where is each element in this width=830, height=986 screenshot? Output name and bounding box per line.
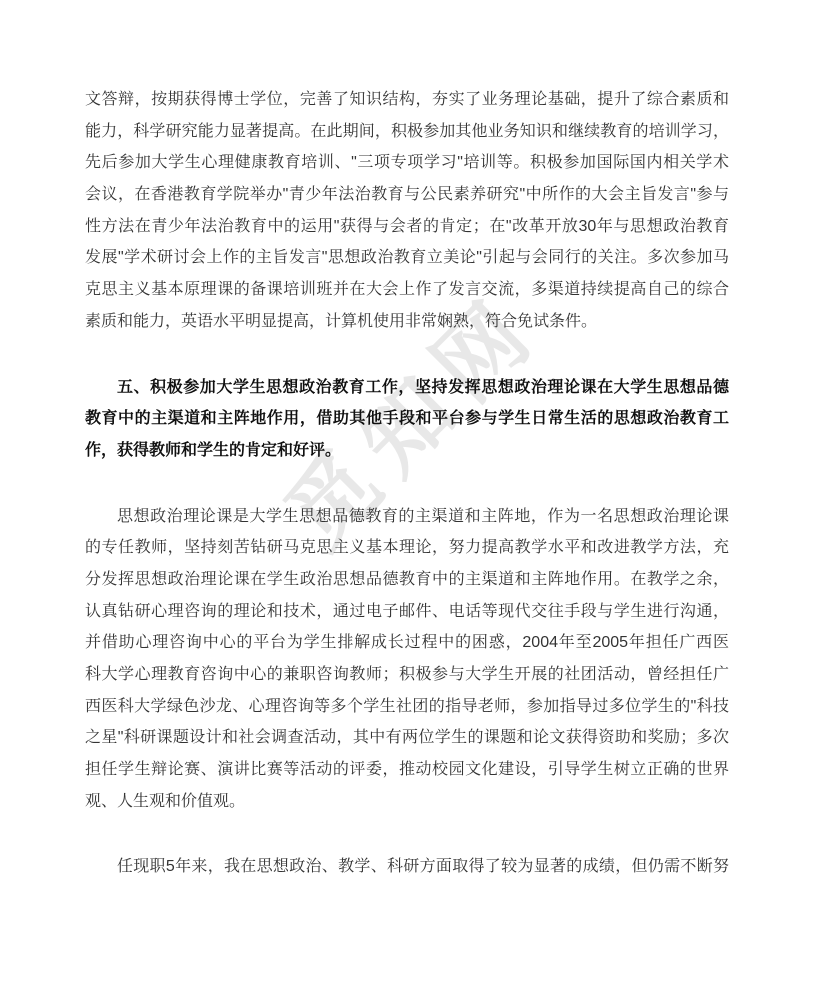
text-line: 的专任教师，坚持刻苦钻研马克思主义基本理论，努力提高教学水平和改进教学方法，充: [85, 532, 729, 564]
text-line: 克思主义基本原理课的备课培训班并在大会上作了发言交流，多渠道持续提高自己的综合: [85, 274, 729, 306]
text-line: 分发挥思想政治理论课在学生政治思想品德教育中的主渠道和主阵地作用。在教学之余，: [85, 564, 729, 596]
text-line: 任现职5年来，我在思想政治、教学、科研方面取得了较为显著的成绩，但仍需不断努: [85, 851, 729, 883]
text-line: 西医科大学绿色沙龙、心理咨询等多个学生社团的指导老师，参加指导过多位学生的"科技: [85, 691, 729, 723]
paragraph-continuation: 文答辩，按期获得博士学位，完善了知识结构，夯实了业务理论基础，提升了综合素质和能…: [85, 84, 729, 338]
text-line: 发展"学术研讨会上作的主旨发言"思想政治教育立美论"引起与会同行的关注。多次参加…: [85, 242, 729, 274]
text-line: 文答辩，按期获得博士学位，完善了知识结构，夯实了业务理论基础，提升了综合素质和: [85, 84, 729, 116]
text-line: 素质和能力，英语水平明显提高，计算机使用非常娴熟，符合免试条件。: [85, 306, 729, 338]
text-line: 五、积极参加大学生思想政治教育工作，坚持发挥思想政治理论课在大学生思想品德: [85, 372, 729, 404]
text-line: 能力，科学研究能力显著提高。在此期间，积极参加其他业务知识和继续教育的培训学习，: [85, 116, 729, 148]
text-line: 教育中的主渠道和主阵地作用，借助其他手段和平台参与学生日常生活的思想政治教育工: [85, 403, 729, 435]
text-line: 并借助心理咨询中心的平台为学生排解成长过程中的困惑，2004年至2005年担任广…: [85, 627, 729, 659]
text-line: 会议，在香港教育学院举办"青少年法治教育与公民素养研究"中所作的大会主旨发言"参…: [85, 179, 729, 211]
text-line: 性方法在青少年法治教育中的运用"获得与会者的肯定；在"改革开放30年与思想政治教…: [85, 211, 729, 243]
text-line: 认真钻研心理咨询的理论和技术，通过电子邮件、电话等现代交往手段与学生进行沟通，: [85, 596, 729, 628]
text-line: 先后参加大学生心理健康教育培训、"三项专项学习"培训等。积极参加国际国内相关学术: [85, 147, 729, 179]
text-line: 观、人生观和价值观。: [85, 786, 729, 818]
paragraph-closing: 任现职5年来，我在思想政治、教学、科研方面取得了较为显著的成绩，但仍需不断努: [85, 851, 729, 883]
text-line: 担任学生辩论赛、演讲比赛等活动的评委，推动校园文化建设，引导学生树立正确的世界: [85, 754, 729, 786]
section-heading-five: 五、积极参加大学生思想政治教育工作，坚持发挥思想政治理论课在大学生思想品德教育中…: [85, 372, 729, 467]
paragraph-ideological-education: 思想政治理论课是大学生思想品德教育的主渠道和主阵地，作为一名思想政治理论课的专任…: [85, 501, 729, 818]
text-line: 思想政治理论课是大学生思想品德教育的主渠道和主阵地，作为一名思想政治理论课: [85, 501, 729, 533]
document-page: 觅知网 文答辩，按期获得博士学位，完善了知识结构，夯实了业务理论基础，提升了综合…: [0, 0, 830, 986]
text-line: 之星"科研课题设计和社会调查活动，其中有两位学生的课题和论文获得资助和奖励；多次: [85, 722, 729, 754]
text-line: 作，获得教师和学生的肯定和好评。: [85, 435, 729, 467]
document-body: 文答辩，按期获得博士学位，完善了知识结构，夯实了业务理论基础，提升了综合素质和能…: [85, 84, 729, 917]
text-line: 科大学心理教育咨询中心的兼职咨询教师；积极参与大学生开展的社团活动，曾经担任广: [85, 659, 729, 691]
